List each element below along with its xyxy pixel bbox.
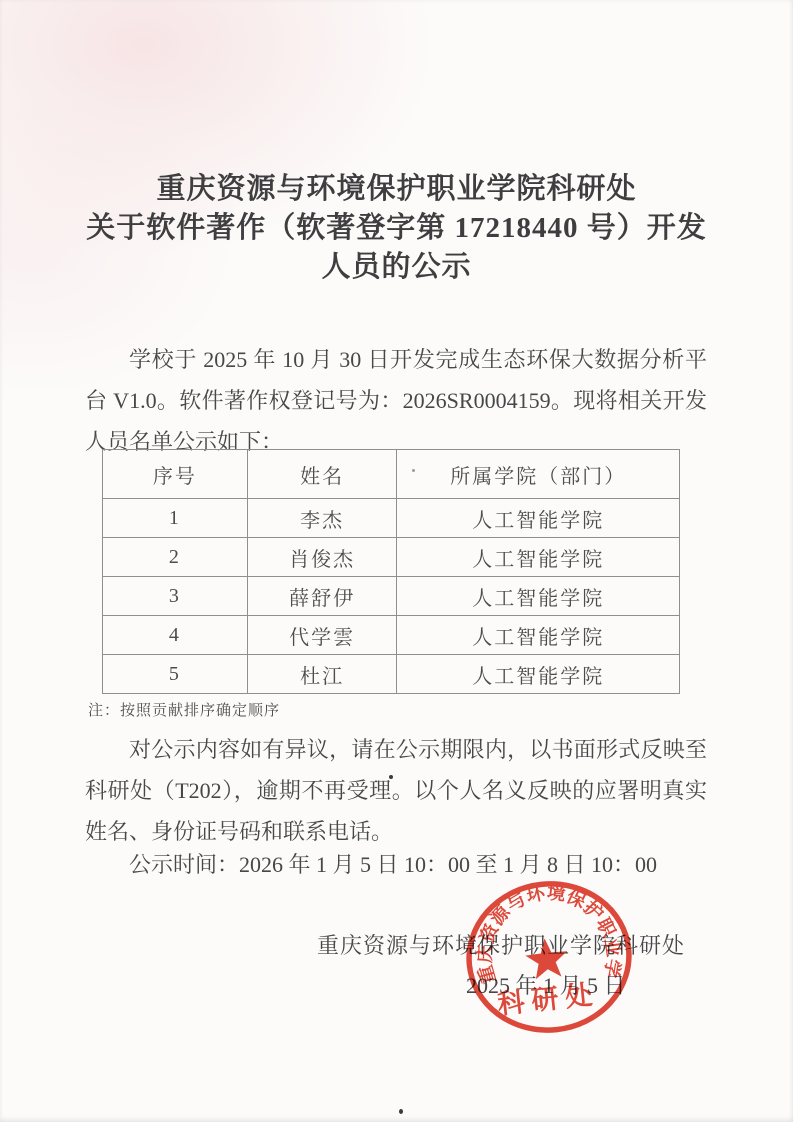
title-line-3: 人员的公示 — [40, 248, 753, 287]
table-header-row: 序号 姓名 所属学院（部门） — [103, 450, 680, 499]
table-footnote: 注：按照贡献排序确定顺序 — [88, 699, 280, 720]
table-row: 5 杜江 人工智能学院 — [103, 655, 680, 694]
seal-arc-text: 重庆资源与环境保护职业学院 — [408, 829, 627, 1002]
table-cell-index: 5 — [103, 655, 248, 694]
table-cell-department: 人工智能学院 — [397, 616, 680, 655]
official-seal-stamp: 重庆资源与环境保护职业学院 科研处 — [408, 829, 691, 1085]
table-row: 1 李杰 人工智能学院 — [103, 499, 680, 538]
table-cell-index: 3 — [103, 577, 248, 616]
scan-speck — [412, 469, 415, 472]
table-cell-index: 4 — [103, 616, 248, 655]
seal-bottom-text: 科研处 — [496, 979, 601, 1019]
table-header-name: 姓名 — [247, 450, 397, 499]
table-header-department: 所属学院（部门） — [397, 450, 680, 499]
table-row: 3 薛舒伊 人工智能学院 — [103, 577, 680, 616]
personnel-table: 序号 姓名 所属学院（部门） 1 李杰 人工智能学院 2 肖俊杰 人工智能学院 … — [102, 449, 680, 694]
scan-speck — [389, 775, 393, 779]
table-row: 2 肖俊杰 人工智能学院 — [103, 538, 680, 577]
table-cell-index: 1 — [103, 499, 248, 538]
document-page: 重庆资源与环境保护职业学院科研处 关于软件著作（软著登字第 17218440 号… — [0, 0, 793, 1122]
table-cell-department: 人工智能学院 — [397, 577, 680, 616]
seal-star-icon — [524, 936, 570, 980]
table-cell-name: 肖俊杰 — [247, 538, 397, 577]
title-line-2: 关于软件著作（软著登字第 17218440 号）开发 — [40, 209, 753, 248]
title-line-1: 重庆资源与环境保护职业学院科研处 — [40, 170, 753, 209]
table-row: 4 代学雲 人工智能学院 — [103, 616, 680, 655]
table-cell-index: 2 — [103, 538, 248, 577]
table-cell-department: 人工智能学院 — [397, 499, 680, 538]
table-cell-name: 薛舒伊 — [247, 577, 397, 616]
table-cell-name: 李杰 — [247, 499, 397, 538]
intro-paragraph: 学校于 2025 年 10 月 30 日开发完成生态环保大数据分析平台 V1.0… — [85, 339, 707, 462]
table-cell-name: 代学雲 — [247, 616, 397, 655]
scan-speck — [399, 1109, 403, 1114]
table-header-index: 序号 — [103, 450, 248, 499]
table-cell-department: 人工智能学院 — [397, 538, 680, 577]
table-cell-name: 杜江 — [247, 655, 397, 694]
document-title: 重庆资源与环境保护职业学院科研处 关于软件著作（软著登字第 17218440 号… — [40, 170, 753, 287]
table-cell-department: 人工智能学院 — [397, 655, 680, 694]
